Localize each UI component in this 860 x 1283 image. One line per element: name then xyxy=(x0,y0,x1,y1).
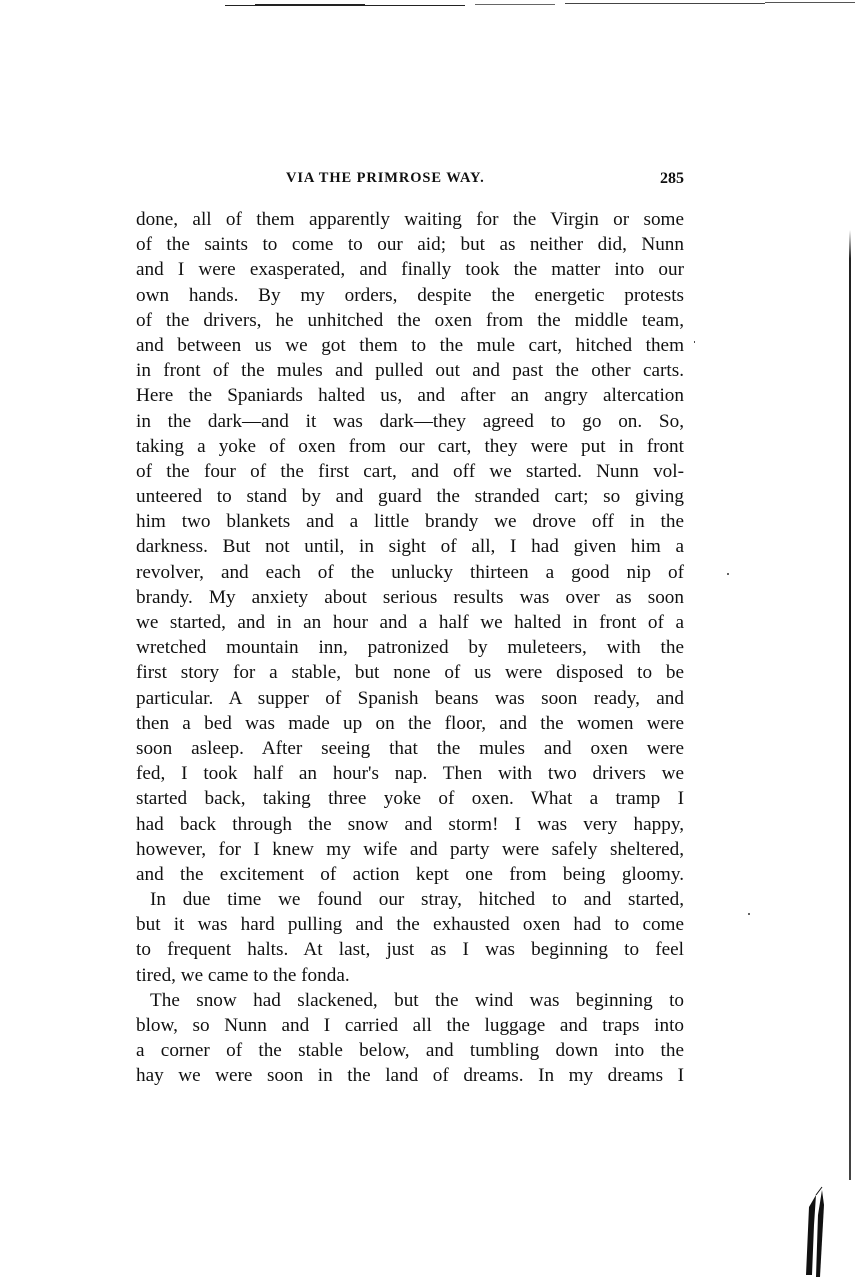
text-line: particular. A supper of Spanish beans wa… xyxy=(136,686,684,711)
text-line: taking a yoke of oxen from our cart, the… xyxy=(136,434,684,459)
text-line: brandy. My anxiety about serious results… xyxy=(136,585,684,610)
scan-artifact-top-edge xyxy=(225,2,855,7)
text-line: hay we were soon in the land of dreams. … xyxy=(136,1063,684,1088)
text-line: first story for a stable, but none of us… xyxy=(136,660,684,685)
text-line: started back, taking three yoke of oxen.… xyxy=(136,786,684,811)
text-line: darkness. But not until, in sight of all… xyxy=(136,534,684,559)
text-line: done, all of them apparently waiting for… xyxy=(136,207,684,232)
text-line: blow, so Nunn and I carried all the lugg… xyxy=(136,1013,684,1038)
scan-speck xyxy=(727,573,729,575)
text-line: of the drivers, he unhitched the oxen fr… xyxy=(136,308,684,333)
text-line: however, for I knew my wife and party we… xyxy=(136,837,684,862)
text-line: In due time we found our stray, hitched … xyxy=(136,887,684,912)
text-line: of the four of the first cart, and off w… xyxy=(136,459,684,484)
text-line: and the excitement of action kept one fr… xyxy=(136,862,684,887)
scan-speck xyxy=(748,913,750,915)
text-line: own hands. By my orders, despite the ene… xyxy=(136,283,684,308)
body-text: done, all of them apparently waiting for… xyxy=(136,207,684,1089)
text-line: and between us we got them to the mule c… xyxy=(136,333,684,358)
text-line: fed, I took half an hour's nap. Then wit… xyxy=(136,761,684,786)
text-line: to frequent halts. At last, just as I wa… xyxy=(136,937,684,962)
text-line: then a bed was made up on the floor, and… xyxy=(136,711,684,736)
text-line: in the dark—and it was dark—they agreed … xyxy=(136,409,684,434)
running-head-title: VIA THE PRIMROSE WAY. xyxy=(286,170,485,187)
text-line: of the saints to come to our aid; but as… xyxy=(136,232,684,257)
text-line: we started, and in an hour and a half we… xyxy=(136,610,684,635)
text-line: The snow had slackened, but the wind was… xyxy=(136,988,684,1013)
text-line: him two blankets and a little brandy we … xyxy=(136,509,684,534)
text-line: in front of the mules and pulled out and… xyxy=(136,358,684,383)
binding-edge-mark xyxy=(802,1185,832,1280)
text-line: and I were exasperated, and finally took… xyxy=(136,257,684,282)
page-fold-shadow xyxy=(849,230,851,1180)
text-line: revolver, and each of the unlucky thirte… xyxy=(136,560,684,585)
text-line: but it was hard pulling and the exhauste… xyxy=(136,912,684,937)
text-line: had back through the snow and storm! I w… xyxy=(136,812,684,837)
scan-speck xyxy=(694,341,695,343)
running-head: VIA THE PRIMROSE WAY. 285 xyxy=(136,170,684,192)
text-line: wretched mountain inn, patronized by mul… xyxy=(136,635,684,660)
text-line: soon asleep. After seeing that the mules… xyxy=(136,736,684,761)
page-number: 285 xyxy=(660,170,684,188)
text-line: Here the Spaniards halted us, and after … xyxy=(136,383,684,408)
text-line: tired, we came to the fonda. xyxy=(136,963,684,988)
text-line: unteered to stand by and guard the stran… xyxy=(136,484,684,509)
text-line: a corner of the stable below, and tumbli… xyxy=(136,1038,684,1063)
